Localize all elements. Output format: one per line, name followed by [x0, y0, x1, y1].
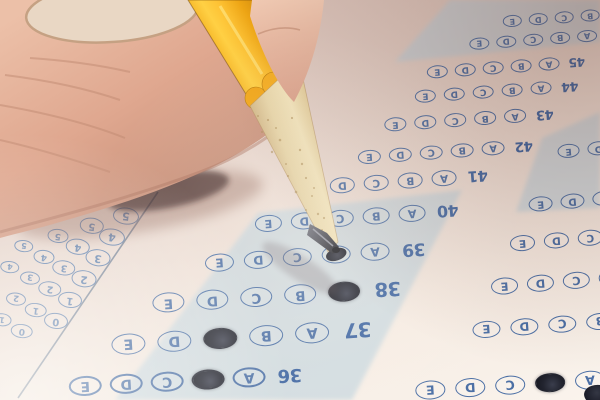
bubble-B: B	[586, 312, 600, 331]
bubble-E: E	[472, 320, 501, 339]
bubble-B: B	[284, 283, 317, 305]
question-number: 38	[374, 277, 401, 302]
bubble-D: D	[157, 330, 192, 353]
bubble-C: C	[554, 11, 574, 24]
bubble-A: A	[431, 170, 457, 187]
bubble-C: C	[548, 314, 577, 333]
bubble-A: A	[577, 29, 598, 43]
bubble-D: D	[543, 232, 569, 249]
bubble-D: D	[455, 378, 486, 398]
bubble-C: C	[326, 209, 354, 228]
bubble-A: A	[538, 57, 560, 71]
question-number: 36	[277, 364, 302, 386]
bubble-B: B	[474, 111, 497, 126]
bubble-A: A	[360, 242, 390, 262]
bubble-B: B	[580, 9, 600, 22]
bubble-A: A	[481, 140, 505, 156]
bubble-B: B	[362, 207, 390, 226]
bubble-D: D	[290, 212, 318, 231]
bubble-D: D	[496, 35, 517, 49]
question-number: 42	[514, 137, 533, 154]
pencil-mark	[325, 246, 348, 264]
question-number: 40	[437, 201, 459, 221]
bubble-E: E	[469, 37, 490, 51]
bubble-C: C	[150, 370, 184, 392]
question-number: 43	[536, 106, 554, 122]
bubble-E: E	[357, 149, 381, 165]
bubble-E: E	[509, 235, 535, 252]
bubble-B: B	[550, 31, 571, 45]
bubble-D: D	[196, 289, 229, 311]
bubble-A: A	[504, 109, 527, 124]
bubble-A: A	[294, 321, 329, 344]
bubble-E: E	[557, 143, 580, 158]
question-number: 37	[344, 317, 373, 343]
bubble-E: E	[152, 292, 185, 314]
bubble-E: E	[204, 253, 234, 273]
bubble-D: D	[109, 373, 143, 395]
question-number: 45	[568, 54, 585, 69]
bubble-E: E	[415, 380, 446, 400]
bubble-D: D	[587, 141, 600, 156]
bubble-B: B	[450, 142, 474, 158]
bubble-D: D	[329, 177, 355, 194]
bubble-C: C	[482, 61, 504, 75]
question-number: 41	[467, 166, 488, 185]
bubble-D: D	[414, 115, 437, 130]
bubble-D: D	[454, 63, 476, 77]
bubble-C: C	[282, 247, 312, 267]
bubble-D: D	[560, 193, 585, 210]
bubble-A: A	[530, 81, 552, 95]
bubble-B-being-marked	[321, 244, 351, 264]
bubble-B: B	[501, 83, 523, 97]
bubble-B: B	[397, 172, 423, 189]
bubble-C: C	[495, 375, 526, 395]
bubble-D: D	[510, 317, 539, 336]
bubble-E: E	[111, 332, 146, 355]
bubble-E: E	[68, 375, 102, 397]
bubble-C: C	[419, 145, 443, 161]
bubble-A: A	[232, 366, 266, 388]
bubble-B: B	[510, 59, 532, 73]
question-number: 44	[561, 78, 579, 94]
bubble-D: D	[526, 274, 554, 293]
bubble-D: D	[528, 13, 548, 26]
bubble-E: E	[254, 214, 282, 233]
bubble-B: B	[249, 324, 284, 347]
bubble-E: E	[426, 65, 448, 79]
bubble-E: E	[502, 15, 522, 28]
bubble-D: D	[443, 87, 465, 101]
answer-rows-layer: ABCDEABCDEABCDEABCDEABCDEACDE47ABCDE46AB…	[0, 0, 600, 400]
bubble-C-filled	[203, 327, 238, 350]
bubble-B-filled	[535, 373, 566, 393]
question-number: 39	[402, 238, 426, 260]
bubble-E: E	[490, 277, 518, 296]
bubble-C: C	[592, 190, 600, 207]
bubble-C: C	[523, 33, 544, 47]
bubble-A-filled	[328, 281, 361, 303]
bubble-D: D	[388, 147, 412, 163]
photo-answer-sheet-scene: 5555444433322211100 ABCDEABCDEABCDEABCDE…	[0, 0, 600, 400]
bubble-E: E	[384, 117, 407, 132]
bubble-B-filled	[191, 368, 225, 390]
bubble-C: C	[363, 175, 389, 192]
bubble-E: E	[414, 89, 436, 103]
bubble-C: C	[562, 271, 590, 290]
bubble-E: E	[528, 195, 553, 212]
bubble-C: C	[472, 85, 494, 99]
bubble-C: C	[444, 113, 467, 128]
bubble-C: C	[240, 286, 273, 308]
bubble-E: E	[295, 179, 321, 196]
bubble-D: D	[243, 250, 273, 270]
bubble-C: C	[577, 229, 600, 246]
bubble-A: A	[398, 204, 426, 223]
